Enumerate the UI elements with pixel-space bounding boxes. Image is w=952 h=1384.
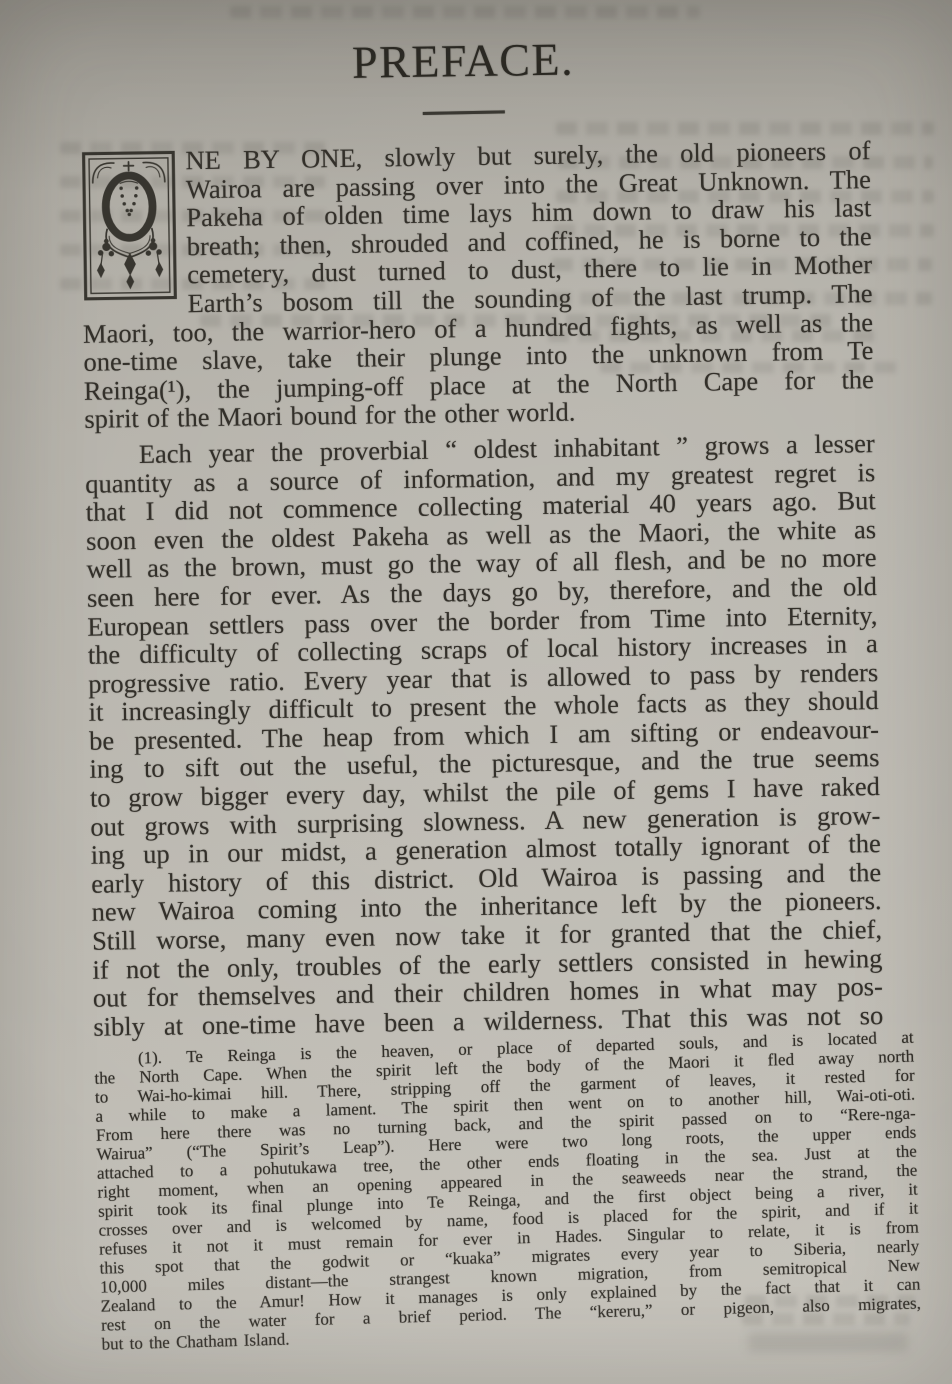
footnote-lines: (1). Te Reinga is the heaven, or place o… bbox=[94, 1028, 922, 1354]
paragraph-1-lines: NE BY ONE, slowly but surely, the old pi… bbox=[80, 136, 874, 434]
preface-body: NE BY ONE, slowly but surely, the old pi… bbox=[80, 136, 883, 1041]
paragraph-2: Each year the proverbial “ oldest inhabi… bbox=[85, 429, 884, 1041]
page-content: PREFACE. bbox=[0, 0, 952, 1355]
footnote-te-reinga: (1). Te Reinga is the heaven, or place o… bbox=[94, 1028, 922, 1354]
ornate-initial-O-icon bbox=[80, 150, 178, 300]
drop-cap-initial bbox=[80, 150, 178, 300]
paragraph-2-lines: Each year the proverbial “ oldest inhabi… bbox=[85, 429, 884, 1041]
book-page-photo: PREFACE. bbox=[0, 0, 952, 1384]
page-title: PREFACE. bbox=[0, 27, 939, 94]
paragraph-1: NE BY ONE, slowly but surely, the old pi… bbox=[80, 136, 874, 434]
title-divider bbox=[423, 110, 505, 115]
